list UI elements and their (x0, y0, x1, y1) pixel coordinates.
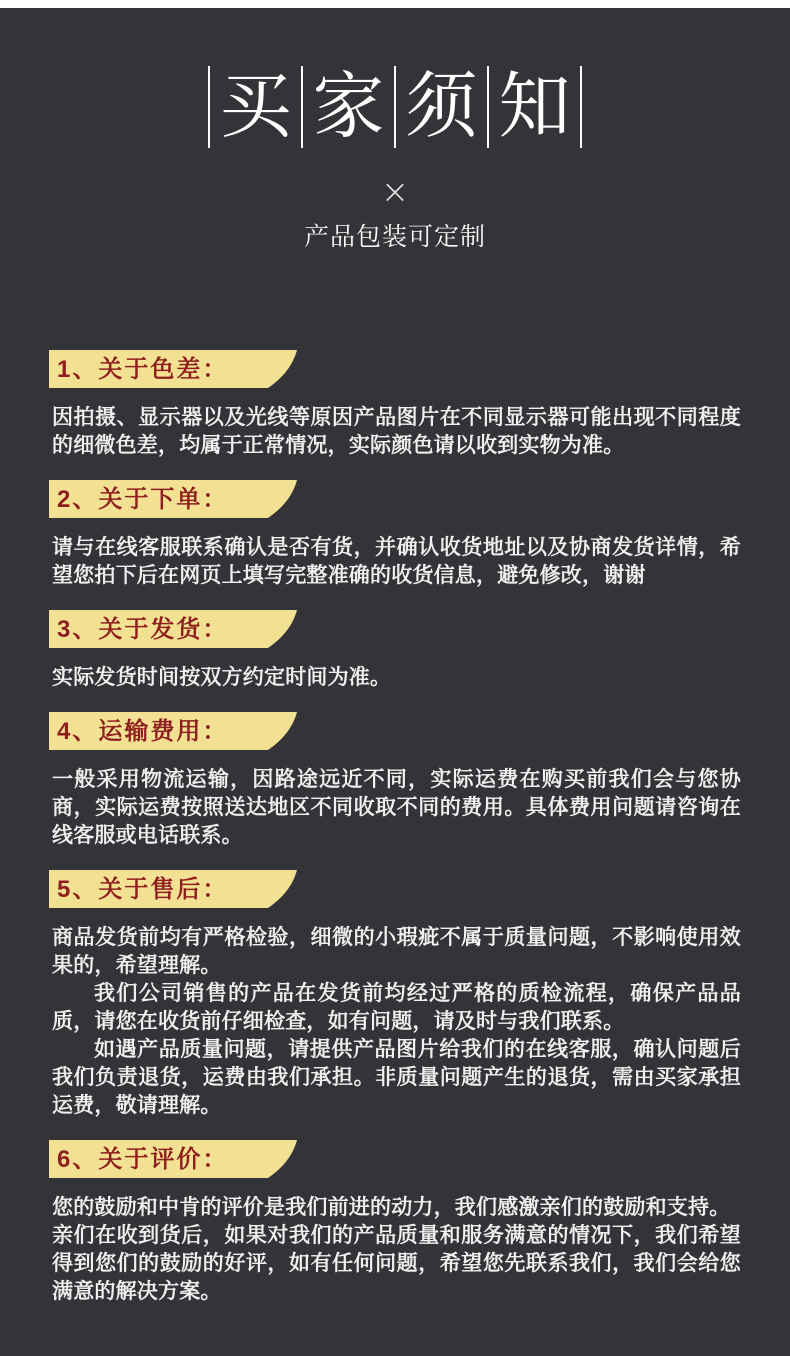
top-white-strip (0, 0, 790, 8)
notice-section: 2、关于下单： 请与在线客服联系确认是否有货，并确认收货地址以及协商发货详情，希… (49, 480, 741, 590)
notice-section: 6、关于评价： 您的鼓励和中肯的评价是我们前进的动力，我们感激亲们的鼓励和支持。… (49, 1140, 741, 1306)
section-paragraph: 我们公司销售的产品在发货前均经过严格的质检流程，确保产品品质，请您在收货前仔细检… (52, 980, 741, 1036)
title-char-1: 买 (210, 66, 301, 148)
cross-divider-icon: × (0, 176, 790, 208)
section-banner-label: 3、关于发货： (49, 610, 297, 649)
section-banner-label: 5、关于售后： (49, 870, 297, 909)
section-paragraph: 一般采用物流运输，因路途远近不同，实际运费在购买前我们会与您协商，实际运费按照送… (52, 766, 741, 850)
section-paragraph: 商品发货前均有严格检验，细微的小瑕疵不属于质量问题，不影响使用效果的，希望理解。 (52, 924, 741, 980)
section-paragraph: 如遇产品质量问题，请提供产品图片给我们的在线客服，确认问题后我们负责退货，运费由… (52, 1036, 741, 1120)
section-body: 您的鼓励和中肯的评价是我们前进的动力，我们感激亲们的鼓励和支持。亲们在收到货后，… (52, 1194, 741, 1306)
buyer-notice-panel: 买 家 须 知 × 产品包装可定制 1、关于色差： 因拍摄、显示器以及光线等原因… (0, 8, 790, 1356)
notice-section: 5、关于售后： 商品发货前均有严格检验，细微的小瑕疵不属于质量问题，不影响使用效… (49, 870, 741, 1120)
section-body: 实际发货时间按双方约定时间为准。 (52, 664, 741, 692)
section-banner-label: 2、关于下单： (49, 480, 297, 519)
section-banner: 3、关于发货： (49, 610, 297, 648)
section-banner: 2、关于下单： (49, 480, 297, 518)
section-paragraph: 因拍摄、显示器以及光线等原因产品图片在不同显示器可能出现不同程度的细微色差，均属… (52, 404, 741, 460)
title-divider (580, 66, 582, 148)
title-char-4: 知 (489, 66, 580, 148)
title-char-3: 须 (396, 66, 487, 148)
section-body: 一般采用物流运输，因路途远近不同，实际运费在购买前我们会与您协商，实际运费按照送… (52, 766, 741, 850)
title-char-2: 家 (303, 66, 394, 148)
notice-section: 1、关于色差： 因拍摄、显示器以及光线等原因产品图片在不同显示器可能出现不同程度… (49, 350, 741, 460)
section-body: 商品发货前均有严格检验，细微的小瑕疵不属于质量问题，不影响使用效果的，希望理解。… (52, 924, 741, 1120)
section-banner-label: 1、关于色差： (49, 350, 297, 389)
page-title: 买 家 须 知 (0, 8, 790, 150)
section-banner: 4、运输费用： (49, 712, 297, 750)
section-banner: 1、关于色差： (49, 350, 297, 388)
section-body: 因拍摄、显示器以及光线等原因产品图片在不同显示器可能出现不同程度的细微色差，均属… (52, 404, 741, 460)
section-paragraph: 请与在线客服联系确认是否有货，并确认收货地址以及协商发货详情，希望您拍下后在网页… (52, 534, 741, 590)
notice-sections: 1、关于色差： 因拍摄、显示器以及光线等原因产品图片在不同显示器可能出现不同程度… (0, 350, 790, 1306)
section-paragraph: 亲们在收到货后，如果对我们的产品质量和服务满意的情况下，我们希望得到您们的鼓励的… (52, 1222, 741, 1306)
section-banner: 6、关于评价： (49, 1140, 297, 1178)
section-banner-label: 6、关于评价： (49, 1140, 297, 1179)
section-paragraph: 您的鼓励和中肯的评价是我们前进的动力，我们感激亲们的鼓励和支持。 (52, 1194, 741, 1222)
section-body: 请与在线客服联系确认是否有货，并确认收货地址以及协商发货详情，希望您拍下后在网页… (52, 534, 741, 590)
section-paragraph: 实际发货时间按双方约定时间为准。 (52, 664, 741, 692)
section-banner: 5、关于售后： (49, 870, 297, 908)
notice-section: 3、关于发货： 实际发货时间按双方约定时间为准。 (49, 610, 741, 692)
notice-section: 4、运输费用： 一般采用物流运输，因路途远近不同，实际运费在购买前我们会与您协商… (49, 712, 741, 850)
page-subtitle: 产品包装可定制 (0, 222, 790, 254)
section-banner-label: 4、运输费用： (49, 712, 297, 751)
